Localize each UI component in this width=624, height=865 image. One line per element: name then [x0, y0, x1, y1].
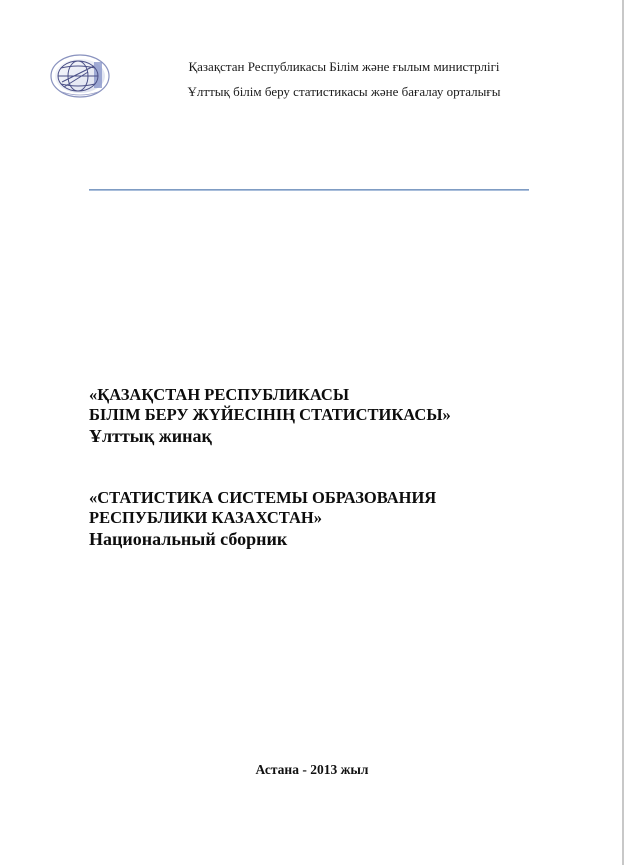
document-page: Қазақстан Республикасы Білім және ғылым … — [0, 0, 624, 865]
title-russian-line1: «СТАТИСТИКА СИСТЕМЫ ОБРАЗОВАНИЯ — [89, 488, 436, 508]
title-russian: «СТАТИСТИКА СИСТЕМЫ ОБРАЗОВАНИЯ РЕСПУБЛИ… — [89, 488, 436, 550]
center-name: Ұлттық білім беру статистикасы және баға… — [32, 84, 624, 100]
title-kazakh: «ҚАЗАҚСТАН РЕСПУБЛИКАСЫ БІЛІМ БЕРУ ЖҮЙЕС… — [89, 385, 451, 447]
header-divider — [89, 189, 529, 191]
title-kazakh-line1: «ҚАЗАҚСТАН РЕСПУБЛИКАСЫ — [89, 385, 451, 405]
title-russian-line2: РЕСПУБЛИКИ КАЗАХСТАН» — [89, 508, 436, 528]
place-year: Астана - 2013 жыл — [0, 762, 624, 778]
title-russian-subtitle: Национальный сборник — [89, 528, 436, 550]
title-kazakh-subtitle: Ұлттық жинақ — [89, 425, 451, 447]
title-kazakh-line2: БІЛІМ БЕРУ ЖҮЙЕСІНІҢ СТАТИСТИКАСЫ» — [89, 405, 451, 425]
ministry-name: Қазақстан Республикасы Білім және ғылым … — [32, 59, 624, 75]
